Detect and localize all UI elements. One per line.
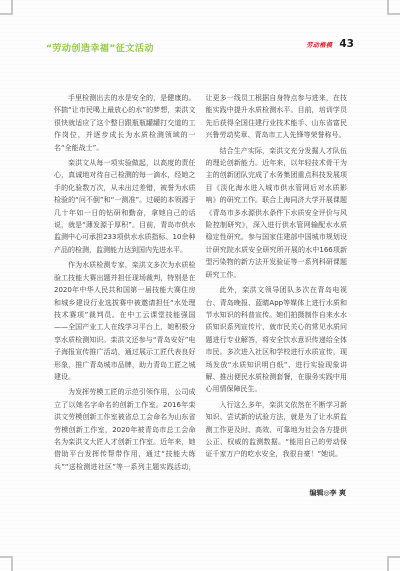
article-paragraph: 栾洪文从每一项实验做起，以高度的责任心，真诚地对待自己检测的每一滴水，经她之手的…	[54, 157, 196, 256]
article-paragraph: 此外，栾洪文领导团队多次在青岛电视台、青岛晚报、蓝睛App等媒体上进行水质和节水…	[206, 284, 348, 396]
article-paragraph: 入行这么多年，栾洪文依然在不断学习新知识、尝试新的试验方法，就是为了让水质监测工…	[206, 399, 348, 461]
magazine-mark: 劳动楷模	[306, 40, 332, 49]
editor-credit: 编辑◎李 爽	[309, 488, 346, 498]
article-columns: 手里检测出去的水是安全的，是健康的。怀揣“让市民喝上最放心的水”的梦想，栾洪文很…	[54, 92, 347, 496]
scan-corner-mark-top-right	[387, 0, 400, 15]
article-paragraph: 结合生产实际，栾洪文充分发掘人才队伍的理论创新能力。近年来，以年轻技术骨干为主的…	[206, 145, 348, 281]
scan-corner-mark-bottom-left	[0, 556, 13, 571]
scan-corner-mark-bottom-right	[387, 556, 400, 571]
article-paragraph: 作为水质检测专家，栾洪文多次为水质检验工技能大赛出题并担任现场裁判，特别是在20…	[54, 259, 196, 383]
page-header-right: 劳动楷模 43	[306, 38, 354, 50]
article-paragraph: 手里检测出去的水是安全的，是健康的。怀揣“让市民喝上最放心的水”的梦想，栾洪文很…	[54, 92, 196, 154]
scan-corner-mark-top-left	[0, 0, 13, 15]
page-number: 43	[339, 38, 354, 50]
section-title: “劳动创造幸福”征文活动	[46, 41, 154, 54]
